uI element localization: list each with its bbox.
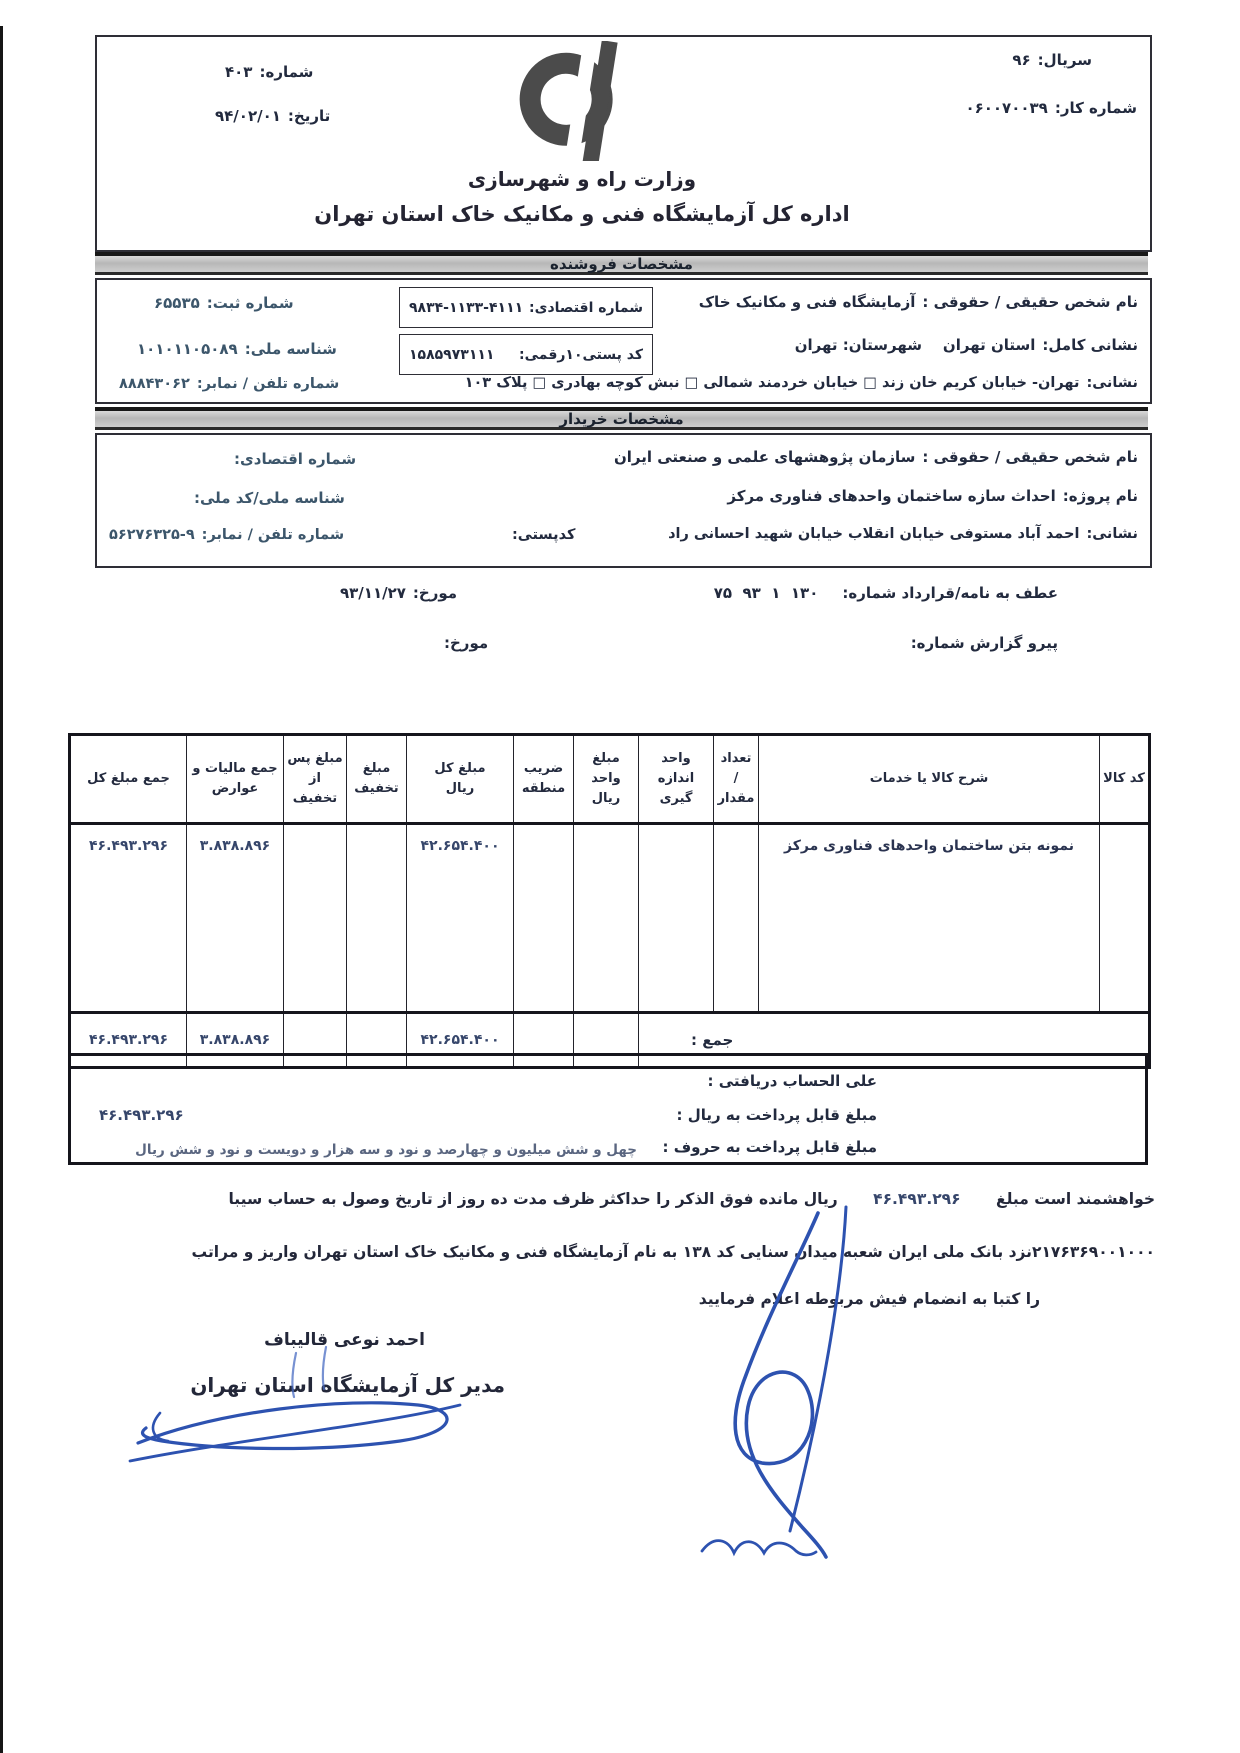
buyer-phone-value: ۵۶۲۷۶۳۲۵-۹ <box>109 527 195 543</box>
col-item-code: کد کالا <box>1100 735 1150 824</box>
seller-section-title: مشخصات فروشنده <box>550 255 693 273</box>
buyer-name-row: نام شخص حقیقی / حقوقی : سازمان پژوهشهای … <box>614 448 1138 466</box>
items-table: کد کالا شرح کالا یا خدمات تعداد / مقدار … <box>68 733 1151 1069</box>
seller-economic-no-box: شماره اقتصادی: ۹۸۳۴-۱۱۳۳-۴۱۱۱ <box>399 287 653 328</box>
scan-edge-line <box>0 26 3 1753</box>
col-description: شرح کالا یا خدمات <box>759 735 1100 824</box>
request-pre: خواهشمند است مبلغ <box>996 1190 1155 1208</box>
buyer-name-value: سازمان پژوهشهای علمی و صنعتی ایران <box>614 448 915 466</box>
seller-name-value: آزمایشگاه فنی و مکانیک خاک <box>699 293 916 311</box>
doc-date-label: تاریخ: <box>288 107 330 125</box>
ministry-logo-icon <box>517 41 637 161</box>
item-qty-cell <box>714 824 759 1013</box>
contract-ref-value: ۱۳۰ ۱ ۹۳ ۷۵ <box>714 584 819 602</box>
serial-label: سریال: <box>1038 51 1092 69</box>
seller-national-id-value: ۱۰۱۰۱۱۰۵۰۸۹ <box>137 340 238 358</box>
col-grand-total: جمع مبلغ کل <box>70 735 187 824</box>
item-coefficient-cell <box>514 824 574 1013</box>
buyer-section-title: مشخصات خریدار <box>559 410 683 428</box>
doc-number-label: شماره: <box>259 63 313 81</box>
contract-ref-label: عطف به نامه/قرارداد شماره: <box>842 584 1058 602</box>
on-account-row: علی الحساب دریافتی : <box>701 1072 877 1090</box>
contract-date-value: ۹۳/۱۱/۲۷ <box>340 584 406 602</box>
item-discount-cell <box>347 824 407 1013</box>
seller-address-row: نشانی: تهران- خیابان کریم خان زند □ خیاب… <box>465 375 1138 391</box>
item-after-discount-cell <box>284 824 347 1013</box>
payable-rial-row: مبلغ قابل پرداخت به ریال : <box>676 1106 877 1124</box>
item-total-cell: ۴۲.۶۵۴.۴۰۰ <box>407 824 514 1013</box>
seller-national-id-row: شناسه ملی: ۱۰۱۰۱۱۰۵۰۸۹ <box>137 340 337 358</box>
director-signature-scribble <box>100 1295 500 1485</box>
work-no-row: شماره کار: ۰۶۰۰۷۰۰۳۹ <box>965 99 1137 117</box>
item-tax-cell: ۳.۸۳۸.۸۹۶ <box>187 824 284 1013</box>
serial-row: سریال: ۹۶ <box>1012 51 1092 69</box>
items-table-header-row: کد کالا شرح کالا یا خدمات تعداد / مقدار … <box>70 735 1150 824</box>
item-grand-total-cell: ۴۶.۴۹۳.۲۹۶ <box>70 824 187 1013</box>
col-region-coefficient: ضریب منطقه <box>514 735 574 824</box>
seller-phone-label: شماره تلفن / نمابر: <box>197 376 340 392</box>
seller-postal-code-box: کد پستی۱۰رقمی: ۱۵۸۵۹۷۳۱۱۱ <box>399 334 653 375</box>
seller-registration-label: شماره ثبت: <box>207 294 294 312</box>
col-unit: واحد اندازه گیری <box>639 735 714 824</box>
contract-ref-row: عطف به نامه/قرارداد شماره: ۱۳۰ ۱ ۹۳ ۷۵ <box>714 584 1058 602</box>
buyer-economic-no-row: شماره اقتصادی: <box>227 450 356 468</box>
col-total: مبلغ کل ریال <box>407 735 514 824</box>
doc-number-value: ۴۰۳ <box>225 63 252 81</box>
buyer-project-row: نام پروژه: احداث سازه ساختمان واحدهای فن… <box>727 487 1138 505</box>
buyer-national-id-label: شناسه ملی/کد ملی: <box>194 489 345 507</box>
payable-rial-value: ۴۶.۴۹۳.۲۹۶ <box>99 1106 184 1124</box>
seller-full-address-label: نشانی کامل: <box>1042 336 1138 354</box>
report-date-row: مورخ: <box>437 634 488 652</box>
buyer-project-label: نام پروژه: <box>1063 487 1138 505</box>
seller-economic-no-label: شماره اقتصادی: <box>529 300 643 316</box>
seller-name-label: نام شخص حقیقی / حقوقی : <box>922 293 1138 311</box>
buyer-phone-label: شماره تلفن / نمابر: <box>202 527 345 543</box>
seller-postal-code-label: کد پستی۱۰رقمی: <box>519 347 643 363</box>
invoice-page: سریال: ۹۶ شماره کار: ۰۶۰۰۷۰۰۳۹ شماره: ۴۰… <box>0 0 1240 1753</box>
seller-registration-row: شماره ثبت: ۶۵۵۳۵ <box>154 294 294 312</box>
col-unit-price: مبلغ واحد ریال <box>574 735 639 824</box>
seller-name-row: نام شخص حقیقی / حقوقی : آزمایشگاه فنی و … <box>699 293 1138 311</box>
buyer-postal-code-row: کدپستی: <box>505 527 575 543</box>
item-unit-cell <box>639 824 714 1013</box>
item-code-cell <box>1100 824 1150 1013</box>
buyer-section-bar: مشخصات خریدار <box>95 407 1148 430</box>
doc-date-row: تاریخ: ۹۴/۰۲/۰۱ <box>215 107 330 125</box>
report-date-label: مورخ: <box>444 634 488 652</box>
doc-number-row: شماره: ۴۰۳ <box>225 63 313 81</box>
seller-section-bar: مشخصات فروشنده <box>95 252 1148 275</box>
seller-economic-no-value: ۹۸۳۴-۱۱۳۳-۴۱۱۱ <box>409 300 523 316</box>
buyer-project-value: احداث سازه ساختمان واحدهای فناوری مرکز <box>727 487 1055 505</box>
item-description-cell: نمونه بتن ساختمان واحدهای فناوری مرکز <box>759 824 1100 1013</box>
col-after-discount: مبلغ پس از تخفیف <box>284 735 347 824</box>
payable-rial-label: مبلغ قابل پرداخت به ریال : <box>676 1106 877 1124</box>
seller-phone-value: ۸۸۸۴۳۰۶۲ <box>119 376 190 392</box>
on-account-label: علی الحساب دریافتی : <box>708 1072 877 1090</box>
approver-signature-scribble <box>650 1195 930 1595</box>
seller-address-value: تهران- خیابان کریم خان زند □ خیابان خردم… <box>465 375 1080 391</box>
buyer-address-row: نشانی: احمد آباد مستوفی خیابان انقلاب خی… <box>668 526 1138 542</box>
item-row: نمونه بتن ساختمان واحدهای فناوری مرکز ۴۲… <box>70 824 1150 1013</box>
col-quantity: تعداد / مقدار <box>714 735 759 824</box>
payable-words-label: مبلغ قابل پرداخت به حروف : <box>663 1138 877 1156</box>
payable-words-value: چهل و شش میلیون و چهارصد و نود و سه هزار… <box>135 1142 637 1158</box>
department-title: اداره کل آزمایشگاه فنی و مکانیک خاک استا… <box>97 202 1067 226</box>
report-ref-row: پیرو گزارش شماره: <box>904 634 1058 652</box>
buyer-name-label: نام شخص حقیقی / حقوقی : <box>922 448 1138 466</box>
buyer-national-id-row: شناسه ملی/کد ملی: <box>187 489 345 507</box>
item-unit-price-cell <box>574 824 639 1013</box>
payable-words-row: مبلغ قابل پرداخت به حروف : <box>663 1138 877 1156</box>
col-tax: جمع مالیات و عوارض <box>187 735 284 824</box>
contract-date-row: مورخ: ۹۳/۱۱/۲۷ <box>340 584 457 602</box>
doc-date-value: ۹۴/۰۲/۰۱ <box>215 107 281 125</box>
seller-full-address-row: نشانی کامل: استان تهران شهرستان: تهران <box>795 336 1138 354</box>
seller-address-label: نشانی: <box>1086 375 1138 391</box>
seller-registration-value: ۶۵۵۳۵ <box>154 294 200 312</box>
buyer-phone-row: شماره تلفن / نمابر: ۵۶۲۷۶۳۲۵-۹ <box>109 527 344 543</box>
ministry-title: وزارت راه و شهرسازی <box>97 167 1067 191</box>
col-discount: مبلغ تخفیف <box>347 735 407 824</box>
totals-box: علی الحساب دریافتی : مبلغ قابل پرداخت به… <box>68 1053 1148 1165</box>
buyer-economic-no-label: شماره اقتصادی: <box>234 450 356 468</box>
buyer-address-value: احمد آباد مستوفی خیابان انقلاب خیابان شه… <box>668 526 1079 542</box>
seller-full-address-value: استان تهران شهرستان: تهران <box>795 336 1036 354</box>
buyer-box: نام شخص حقیقی / حقوقی : سازمان پژوهشهای … <box>95 433 1152 568</box>
contract-date-label: مورخ: <box>413 584 457 602</box>
header-box: سریال: ۹۶ شماره کار: ۰۶۰۰۷۰۰۳۹ شماره: ۴۰… <box>95 35 1152 252</box>
serial-value: ۹۶ <box>1012 51 1030 69</box>
seller-box: نام شخص حقیقی / حقوقی : آزمایشگاه فنی و … <box>95 278 1152 404</box>
buyer-address-label: نشانی: <box>1086 526 1138 542</box>
work-no-label: شماره کار: <box>1055 99 1137 117</box>
work-no-value: ۰۶۰۰۷۰۰۳۹ <box>965 99 1047 117</box>
seller-phone-row: شماره تلفن / نمابر: ۸۸۸۴۳۰۶۲ <box>119 376 339 392</box>
seller-national-id-label: شناسه ملی: <box>245 340 337 358</box>
buyer-postal-code-label: کدپستی: <box>512 527 575 543</box>
seller-postal-code-value: ۱۵۸۵۹۷۳۱۱۱ <box>409 347 494 363</box>
report-ref-label: پیرو گزارش شماره: <box>911 634 1058 652</box>
